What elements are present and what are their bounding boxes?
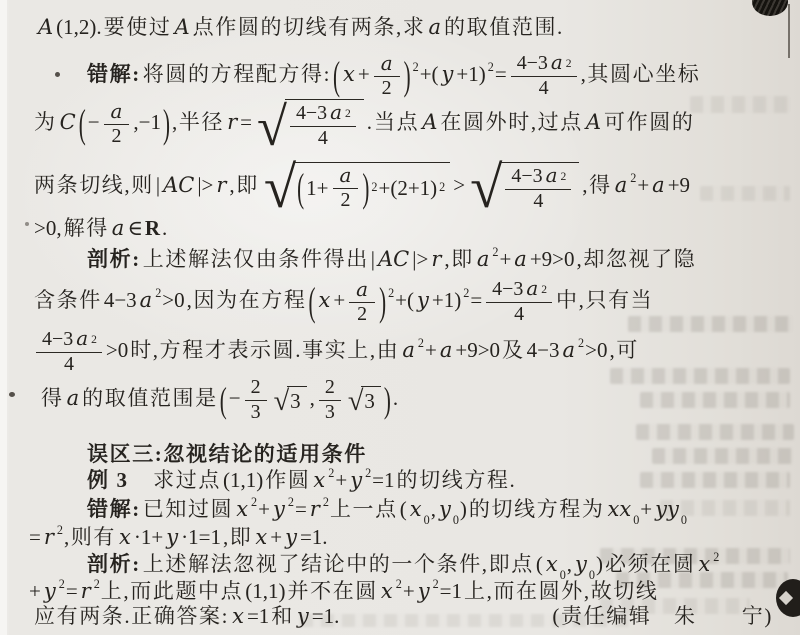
superscript: 2 bbox=[323, 495, 329, 509]
math-variable: r bbox=[81, 579, 91, 603]
superscript: 2 bbox=[288, 495, 294, 509]
math-bold-symbol: R bbox=[145, 216, 160, 240]
line-content: 剖析:上述解法仅由条件得出|AC|>r,即a2+a+9>0,却忽视了隐 bbox=[86, 247, 697, 271]
math-run: = bbox=[495, 62, 507, 86]
math-variable: x bbox=[313, 468, 325, 492]
text-line-2: 错解:将圆的方程配方得:(x+a2)2+(y+1)2=4−3a24,其圆心坐标 bbox=[86, 50, 701, 102]
text-line-15: +y2=r2上,而此题中点(1,1)并不在圆x2+y2=1上,而在圆外,故切线 bbox=[28, 577, 660, 605]
math-run: = bbox=[29, 525, 41, 549]
math-run: ) bbox=[596, 552, 603, 576]
math-run: +( bbox=[420, 62, 439, 86]
math-variable: r bbox=[227, 110, 237, 134]
text-line-4: 两条切线,则|AC|>r,即√(1+a2)2+(2+1)2>√4−3a24,得a… bbox=[33, 156, 691, 218]
math-run: 4 bbox=[64, 354, 74, 376]
math-run: ,−1 bbox=[133, 110, 161, 134]
scanned-page: A(1,2).要使过A点作圆的切线有两条,求a的取值范围.错解:将圆的方程配方得… bbox=[0, 0, 800, 635]
math-run: − bbox=[88, 110, 100, 134]
math-run: 4 bbox=[514, 304, 524, 326]
math-square-root: √4−3a24 bbox=[255, 99, 364, 150]
text-line-13: =r2,则有x·1+y·1=1,即x+y=1. bbox=[28, 523, 329, 551]
math-run: = bbox=[240, 110, 252, 134]
text-run: ,半径 bbox=[172, 110, 224, 134]
math-variable: x bbox=[381, 579, 393, 603]
text-run: 含条件 bbox=[34, 288, 102, 312]
math-variable: a bbox=[402, 338, 415, 362]
math-run: +( bbox=[395, 288, 414, 312]
math-run: =1 bbox=[372, 468, 394, 492]
line-content: A(1,2).要使过A点作圆的切线有两条,求a的取值范围. bbox=[36, 15, 565, 39]
radical-sign-icon: √ bbox=[264, 163, 296, 213]
math-fraction: 4−3a24 bbox=[36, 328, 102, 376]
text-line-16: 应有两条.正确答案:x=1和y=1.(责任编辑 朱 宁) bbox=[33, 602, 774, 630]
math-run: , bbox=[431, 497, 436, 521]
math-variable: r bbox=[431, 247, 441, 271]
math-run: 4−3 bbox=[527, 338, 560, 362]
text-run: ,即 bbox=[444, 247, 473, 271]
math-run: + bbox=[333, 288, 345, 312]
math-run: ·1=1 bbox=[181, 525, 221, 549]
big-paren: ) bbox=[163, 101, 170, 147]
math-run: + bbox=[640, 497, 652, 521]
ink-speck bbox=[25, 222, 29, 226]
label-run: 剖析: bbox=[87, 247, 141, 271]
text-run: 的切线方程为 bbox=[469, 497, 605, 521]
math-fraction: 23 bbox=[319, 377, 341, 424]
text-run: 得 bbox=[41, 386, 64, 410]
big-paren: ( bbox=[297, 166, 304, 212]
math-run: 4 bbox=[318, 128, 328, 150]
math-variable: a bbox=[340, 165, 352, 187]
math-run: . bbox=[162, 216, 167, 240]
text-line-3: 为C(−a2,−1),半径r=√4−3a24.当点A在圆外时,过点A可作圆的 bbox=[33, 98, 695, 150]
superscript: 2 bbox=[155, 286, 161, 300]
radicand: 3 bbox=[287, 386, 307, 413]
math-variable: a bbox=[429, 15, 442, 39]
superscript: 2 bbox=[713, 550, 719, 564]
label-run: 错解: bbox=[87, 62, 141, 86]
text-run: 必须在圆 bbox=[605, 552, 695, 576]
math-run: − bbox=[229, 386, 241, 410]
fraction-denominator: 4 bbox=[533, 77, 555, 100]
fraction-denominator: 2 bbox=[376, 77, 398, 100]
fraction-numerator: a bbox=[104, 101, 130, 125]
math-run: = bbox=[470, 288, 482, 312]
math-run: ∈ bbox=[127, 216, 143, 240]
math-variable: y bbox=[44, 579, 56, 603]
math-variable: r bbox=[310, 497, 320, 521]
math-variable: A bbox=[586, 110, 601, 134]
superscript: 2 bbox=[396, 577, 402, 591]
text-line-9: 得a的取值范围是(−23√3,23√3). bbox=[40, 376, 399, 424]
fraction-numerator: 4−3a2 bbox=[36, 328, 102, 353]
big-paren: ( bbox=[308, 279, 315, 325]
math-variable: a bbox=[526, 278, 538, 300]
text-run: 点作圆的切线有两条,求 bbox=[193, 15, 426, 39]
math-variable: y bbox=[439, 497, 451, 521]
bleedthrough-smudge bbox=[652, 448, 792, 464]
math-variable: a bbox=[440, 338, 453, 362]
bleedthrough-smudge bbox=[636, 424, 794, 440]
diamond-notch bbox=[779, 591, 793, 605]
text-run: ,却忽视了隐 bbox=[577, 247, 697, 271]
fraction-denominator: 4 bbox=[312, 127, 334, 150]
fraction-denominator: 2 bbox=[351, 303, 373, 326]
big-paren: ) bbox=[362, 166, 369, 212]
text-line-10: 误区三:忽视结论的适用条件 bbox=[86, 441, 368, 467]
subscript: 0 bbox=[633, 513, 639, 527]
line-content: 两条切线,则|AC|>r,即√(1+a2)2+(2+1)2>√4−3a24,得a… bbox=[33, 162, 691, 213]
math-fraction: 23 bbox=[245, 377, 267, 424]
text-run: 上,而在圆外,故切线 bbox=[464, 579, 659, 603]
math-fraction: a2 bbox=[333, 165, 359, 212]
math-fraction: 4−3a24 bbox=[486, 278, 552, 326]
fraction-numerator: 4−3a2 bbox=[290, 102, 356, 127]
math-square-root: √4−3a24 bbox=[468, 162, 579, 213]
subscript: 0 bbox=[681, 513, 687, 527]
radical-sign-icon: √ bbox=[274, 390, 290, 414]
math-run: ·1+ bbox=[134, 525, 163, 549]
ink-speck bbox=[9, 392, 15, 397]
superscript: 2 bbox=[492, 245, 498, 259]
math-run: + bbox=[335, 468, 347, 492]
bleedthrough-smudge bbox=[690, 96, 790, 113]
big-paren: ) bbox=[404, 53, 411, 99]
math-run: + bbox=[29, 579, 41, 603]
fraction-denominator: 3 bbox=[319, 401, 341, 424]
math-run: | bbox=[371, 247, 375, 271]
math-run: + bbox=[425, 338, 437, 362]
line-content: 误区三:忽视结论的适用条件 bbox=[86, 442, 368, 466]
math-run: 2 bbox=[340, 190, 350, 212]
math-variable: x bbox=[255, 525, 267, 549]
superscript: 2 bbox=[365, 466, 371, 480]
fraction-numerator: a bbox=[349, 279, 375, 303]
math-run: 4−3 bbox=[492, 279, 523, 301]
math-run: +9>0 bbox=[455, 338, 500, 362]
text-run: 并不在圆 bbox=[288, 579, 378, 603]
text-run: ,得 bbox=[582, 173, 611, 197]
math-run: . bbox=[393, 386, 398, 410]
fraction-numerator: 4−3a2 bbox=[511, 52, 577, 77]
fraction-denominator: 4 bbox=[58, 353, 80, 376]
fraction-denominator: 2 bbox=[105, 125, 127, 148]
math-variable: y bbox=[350, 468, 362, 492]
line-right-content: (责任编辑 朱 宁) bbox=[551, 604, 774, 628]
text-run: 上一点 bbox=[330, 497, 398, 521]
math-square-root: √3 bbox=[346, 386, 381, 413]
math-run: 2 bbox=[357, 304, 367, 326]
math-variable: A bbox=[38, 15, 53, 39]
text-run: 的切线方程. bbox=[397, 468, 517, 492]
math-variable: a bbox=[563, 338, 576, 362]
math-run: (1,1) bbox=[223, 468, 263, 492]
math-square-root: √3 bbox=[272, 386, 307, 413]
line-content: 含条件4−3a2>0,因为在方程(x+a2)2+(y+1)2=4−3a24中,只… bbox=[33, 278, 654, 326]
math-variable: A bbox=[422, 110, 437, 134]
math-variable: a bbox=[112, 216, 125, 240]
text-run: 为 bbox=[34, 110, 57, 134]
math-run: = bbox=[66, 579, 78, 603]
superscript: 2 bbox=[630, 171, 636, 185]
fraction-denominator: 2 bbox=[334, 189, 356, 212]
math-variable: y bbox=[166, 525, 178, 549]
line-content: >0,解得a∈R. bbox=[33, 216, 168, 240]
math-run: +1) bbox=[432, 288, 461, 312]
math-run: ) bbox=[460, 497, 467, 521]
math-run: (1,1) bbox=[245, 579, 285, 603]
radicand: 3 bbox=[361, 386, 381, 413]
math-variable: a bbox=[477, 247, 490, 271]
math-run: + bbox=[270, 525, 282, 549]
text-run: 应有两条.正确答案: bbox=[34, 604, 229, 628]
superscript: 2 bbox=[463, 286, 469, 300]
math-run: 2 bbox=[325, 377, 335, 399]
superscript: 2 bbox=[418, 336, 424, 350]
text-run: 作圆 bbox=[265, 468, 310, 492]
math-run: ( bbox=[536, 552, 543, 576]
math-variable: a bbox=[111, 101, 123, 123]
math-run: +(2+1) bbox=[378, 176, 437, 200]
scan-artifact-edge-line bbox=[788, 4, 790, 58]
fraction-numerator: a bbox=[333, 165, 359, 189]
text-run: 求过点 bbox=[131, 468, 221, 492]
math-variable: xx bbox=[608, 497, 632, 521]
radical-sign-icon: √ bbox=[470, 163, 502, 213]
fraction-numerator: 4−3a2 bbox=[505, 165, 571, 190]
math-variable: x bbox=[410, 497, 422, 521]
text-run: 的取值范围是 bbox=[82, 386, 218, 410]
math-variable: y bbox=[442, 62, 454, 86]
text-run: ,其圆心坐标 bbox=[581, 62, 701, 86]
ink-speck bbox=[55, 72, 60, 77]
math-variable: A bbox=[174, 15, 189, 39]
text-run: ,则有 bbox=[64, 525, 116, 549]
superscript: 2 bbox=[433, 577, 439, 591]
math-variable: C bbox=[60, 110, 76, 134]
math-variable: x bbox=[236, 497, 248, 521]
bleedthrough-smudge bbox=[640, 392, 790, 408]
math-run: 4−3 bbox=[511, 166, 542, 188]
big-paren: ) bbox=[379, 279, 386, 325]
math-variable: a bbox=[76, 328, 88, 350]
big-paren: ( bbox=[79, 101, 86, 147]
superscript: 2 bbox=[488, 60, 494, 74]
superscript: 2 bbox=[94, 577, 100, 591]
math-run: 2 bbox=[251, 377, 261, 399]
math-run: =1. bbox=[312, 604, 340, 628]
math-run: (1,2). bbox=[56, 15, 102, 39]
text-run: 要使过 bbox=[104, 15, 172, 39]
text-run: ,因为在方程 bbox=[187, 288, 307, 312]
math-run: ( bbox=[400, 497, 407, 521]
math-run: 2 bbox=[382, 78, 392, 100]
superscript: 2 bbox=[328, 466, 334, 480]
text-run: 当点 bbox=[374, 110, 419, 134]
math-variable: a bbox=[652, 173, 665, 197]
math-run: =1 bbox=[440, 579, 462, 603]
superscript: 2 bbox=[251, 495, 257, 509]
superscript: 2 bbox=[57, 523, 63, 537]
math-variable: a bbox=[546, 165, 558, 187]
math-fraction: a2 bbox=[374, 53, 400, 100]
math-run: = bbox=[295, 497, 307, 521]
radicand: 4−3a24 bbox=[285, 99, 364, 150]
math-run: |> bbox=[412, 247, 428, 271]
fraction-denominator: 4 bbox=[527, 190, 549, 213]
math-run: + bbox=[258, 497, 270, 521]
line-content: 为C(−a2,−1),半径r=√4−3a24.当点A在圆外时,过点A可作圆的 bbox=[33, 99, 695, 150]
math-run: > bbox=[453, 173, 465, 197]
line-content: 剖析:上述解法忽视了结论中的一个条件,即点(x0,y0)必须在圆x2 bbox=[86, 552, 719, 576]
math-run: 3 bbox=[290, 389, 301, 413]
math-run: 4−3 bbox=[104, 288, 137, 312]
math-variable: AC bbox=[163, 173, 194, 197]
math-run: 3 bbox=[364, 389, 375, 413]
math-run: >0 bbox=[585, 338, 607, 362]
math-run: , bbox=[310, 386, 315, 410]
math-fraction: a2 bbox=[104, 101, 130, 148]
math-variable: r bbox=[44, 525, 54, 549]
scan-artifact-right-edge-blob bbox=[776, 579, 800, 617]
big-paren: ( bbox=[220, 379, 227, 420]
math-run: 4 bbox=[539, 78, 549, 100]
math-variable: a bbox=[551, 52, 563, 74]
line-content: 例 3 求过点(1,1)作圆x2+y2=1的切线方程. bbox=[86, 468, 517, 492]
fraction-numerator: 4−3a2 bbox=[486, 278, 552, 303]
superscript: 2 bbox=[578, 336, 584, 350]
line-content: 错解:已知过圆x2+y2=r2上一点(x0,y0)的切线方程为xx0+yy0 bbox=[86, 497, 687, 521]
math-variable: AC bbox=[378, 247, 409, 271]
text-run: 时,方程才表示圆.事实上,由 bbox=[130, 338, 399, 362]
subscript: 0 bbox=[453, 513, 459, 527]
math-run: 4−3 bbox=[517, 53, 548, 75]
text-line-6: 剖析:上述解法仅由条件得出|AC|>r,即a2+a+9>0,却忽视了隐 bbox=[86, 245, 697, 273]
text-run: 上,而此题中点 bbox=[101, 579, 243, 603]
math-variable: a bbox=[615, 173, 628, 197]
radical-sign-icon: √ bbox=[257, 104, 287, 150]
math-run: 4−3 bbox=[42, 329, 73, 351]
math-variable: x bbox=[119, 525, 131, 549]
label-run: 错解: bbox=[87, 497, 141, 521]
text-run: 的取值范围. bbox=[444, 15, 564, 39]
math-run: =1 bbox=[247, 604, 269, 628]
text-run: 两条切线,则 bbox=[34, 173, 154, 197]
math-fraction: a2 bbox=[349, 279, 375, 326]
math-variable: x bbox=[318, 288, 330, 312]
math-run: 3 bbox=[251, 402, 261, 424]
line-content: 4−3a24>0时,方程才表示圆.事实上,由a2+a+9>0及4−3a2>0,可 bbox=[33, 328, 640, 376]
text-run: 中,只有当 bbox=[556, 288, 653, 312]
bleedthrough-smudge bbox=[640, 472, 790, 488]
math-run: +9 bbox=[668, 173, 690, 197]
fraction-numerator: a bbox=[374, 53, 400, 77]
math-variable: a bbox=[381, 53, 393, 75]
math-variable: a bbox=[67, 386, 80, 410]
page-left-margin bbox=[0, 0, 7, 635]
text-run: 解得 bbox=[64, 216, 109, 240]
math-run: 3 bbox=[325, 402, 335, 424]
text-run: ,可 bbox=[609, 338, 638, 362]
fraction-denominator: 3 bbox=[245, 401, 267, 424]
math-run: 4 bbox=[533, 191, 543, 213]
math-variable: y bbox=[418, 579, 430, 603]
text-line-1: A(1,2).要使过A点作圆的切线有两条,求a的取值范围. bbox=[36, 13, 565, 41]
text-run: ,即 bbox=[223, 525, 252, 549]
math-fraction: 4−3a24 bbox=[511, 52, 577, 100]
text-run: 上述解法仅由条件得出 bbox=[143, 247, 369, 271]
text-line-12: 错解:已知过圆x2+y2=r2上一点(x0,y0)的切线方程为xx0+yy0 bbox=[86, 495, 687, 523]
math-variable: r bbox=[216, 173, 226, 197]
math-run: >0 bbox=[106, 338, 128, 362]
math-variable: a bbox=[356, 279, 368, 301]
math-run: =1. bbox=[300, 525, 328, 549]
math-variable: x bbox=[343, 62, 355, 86]
radicand: (1+a2)2+(2+1)2 bbox=[294, 162, 450, 212]
text-run: 将圆的方程配方得: bbox=[143, 62, 331, 86]
text-run: (责任编辑 朱 宁) bbox=[552, 604, 773, 628]
math-variable: x bbox=[698, 552, 710, 576]
text-line-5: >0,解得a∈R. bbox=[33, 214, 168, 242]
label-run: 剖析: bbox=[87, 552, 141, 576]
text-line-14: 剖析:上述解法忽视了结论中的一个条件,即点(x0,y0)必须在圆x2 bbox=[86, 550, 719, 578]
line-content: 错解:将圆的方程配方得:(x+a2)2+(y+1)2=4−3a24,其圆心坐标 bbox=[86, 52, 701, 100]
text-run: 在圆外时,过点 bbox=[440, 110, 582, 134]
math-run: >0, bbox=[34, 216, 62, 240]
text-line-7: 含条件4−3a2>0,因为在方程(x+a2)2+(y+1)2=4−3a24中,只… bbox=[33, 276, 654, 328]
math-run: , bbox=[567, 552, 572, 576]
math-run: + bbox=[499, 247, 511, 271]
math-run: + bbox=[637, 173, 649, 197]
line-content: 得a的取值范围是(−23√3,23√3). bbox=[40, 377, 399, 424]
math-variable: a bbox=[140, 288, 153, 312]
fraction-numerator: 2 bbox=[319, 377, 341, 401]
math-variable: a bbox=[330, 102, 342, 124]
label-run: 例 3 bbox=[87, 468, 129, 492]
superscript: 2 bbox=[59, 577, 65, 591]
math-fraction: 4−3a24 bbox=[505, 165, 571, 213]
math-run: 2 bbox=[111, 126, 121, 148]
text-run: ,即 bbox=[229, 173, 258, 197]
math-variable: y bbox=[575, 552, 587, 576]
math-variable: y bbox=[417, 288, 429, 312]
math-variable: x bbox=[232, 604, 244, 628]
math-variable: x bbox=[546, 552, 558, 576]
math-run: + bbox=[358, 62, 370, 86]
math-variable: y bbox=[285, 525, 297, 549]
text-line-8: 4−3a24>0时,方程才表示圆.事实上,由a2+a+9>0及4−3a2>0,可 bbox=[33, 327, 640, 377]
text-run: 和 bbox=[271, 604, 294, 628]
text-run: 可作圆的 bbox=[604, 110, 694, 134]
superscript: 2 bbox=[388, 286, 394, 300]
math-variable: a bbox=[514, 247, 527, 271]
math-run: >0 bbox=[162, 288, 184, 312]
line-content: =r2,则有x·1+y·1=1,即x+y=1. bbox=[28, 525, 329, 549]
line-content: +y2=r2上,而此题中点(1,1)并不在圆x2+y2=1上,而在圆外,故切线 bbox=[28, 579, 660, 603]
math-run: +1) bbox=[456, 62, 485, 86]
text-run: 上述解法忽视了结论中的一个条件,即点 bbox=[143, 552, 534, 576]
fraction-denominator: 4 bbox=[508, 303, 530, 326]
text-run: 已知过圆 bbox=[143, 497, 233, 521]
math-run: |> bbox=[197, 173, 213, 197]
math-run: 1+ bbox=[306, 176, 328, 200]
math-run: 4−3 bbox=[296, 103, 327, 125]
math-variable: yy bbox=[655, 497, 679, 521]
subscript: 0 bbox=[424, 513, 430, 527]
superscript: 2 bbox=[413, 60, 419, 74]
label-run: 误区三:忽视结论的适用条件 bbox=[87, 442, 367, 466]
math-variable: y bbox=[273, 497, 285, 521]
text-line-11: 例 3 求过点(1,1)作圆x2+y2=1的切线方程. bbox=[86, 466, 517, 494]
